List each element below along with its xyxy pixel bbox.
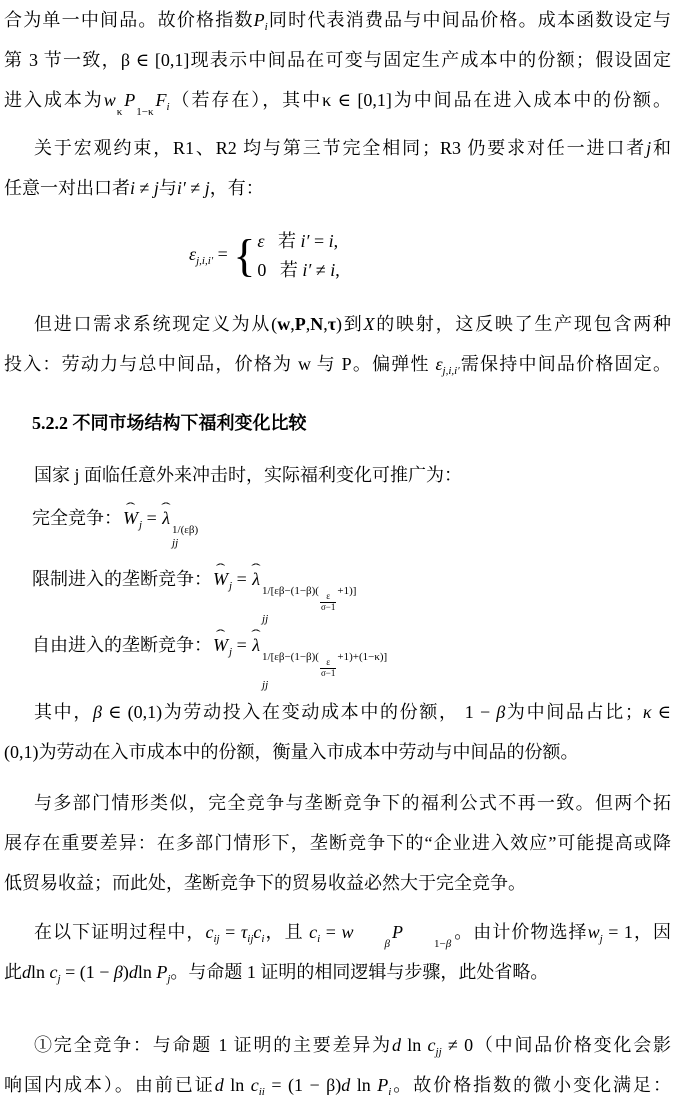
para1-line1: 合为单一中间品。故价格指数Pi同时代表消费品与中间品价格。成本函数设定与 xyxy=(4,0,671,40)
document-page: 合为单一中间品。故价格指数Pi同时代表消费品与中间品价格。成本函数设定与 第 3… xyxy=(0,0,677,1105)
para7-line1: 在以下证明过程中，cij = τijci，且 ci = wβiP1−βi。由计价… xyxy=(4,912,671,952)
paragraph-intro-cost-function: 合为单一中间品。故价格指数Pi同时代表消费品与中间品价格。成本函数设定与 第 3… xyxy=(4,0,671,120)
paragraph-macro-constraints: 关于宏观约束，R1、R2 均与第三节完全相同；R3 仍要求对任一进口者j和 任意… xyxy=(4,128,671,208)
para4-line1: 国家 j 面临任意外来冲击时，实际福利变化可推广为： xyxy=(4,455,671,495)
formula-epsilon-cases-content: εj,i,i′ = {ε 若 i′ = i,0 若 i′ ≠ i, xyxy=(189,231,340,281)
para3-line2: 投入：劳动力与总中间品，价格为 w 与 P。偏弹性 εj,i,i′需保持中间品价… xyxy=(4,344,671,384)
para5-line1: 其中，β ∈ (0,1)为劳动投入在变动成本中的份额， 1 − β为中间品占比；… xyxy=(4,692,671,732)
formula-restricted-entry-content: 限制进入的垄断竞争：ˆWj = ˆλ1/[εβ−(1−β)(εσ−1+1)]jj xyxy=(32,565,358,625)
formula-free-entry-content: 自由进入的垄断竞争：ˆWj = ˆλ1/[εβ−(1−β)(εσ−1+1)+(1… xyxy=(32,631,389,691)
formula-epsilon-cases: εj,i,i′ = {ε 若 i′ = i,0 若 i′ ≠ i, xyxy=(4,208,671,304)
formula-perfect-competition: 完全竞争：ˆWj = ˆλ1/(εβ)jj xyxy=(4,495,671,559)
section-heading-5-2-2: 5.2.2 不同市场结构下福利变化比较 xyxy=(4,403,671,443)
para1-line2: 第 3 节一致，β ∈ [0,1]现表示中间品在可变与固定生产成本中的份额；假设… xyxy=(4,40,671,80)
paragraph-parameter-definitions: 其中，β ∈ (0,1)为劳动投入在变动成本中的份额， 1 − β为中间品占比；… xyxy=(4,692,671,772)
para1-line3: 进入成本为wκiP1−κiFi（若存在），其中κ ∈ [0,1]为中间品在进入成… xyxy=(4,80,671,120)
para3-line1: 但进口需求系统现定义为从(w,P,N,τ)到X的映射，这反映了生产现包含两种 xyxy=(4,304,671,344)
para6-line2: 展存在重要差异：在多部门情形下，垄断竞争下的“企业进入效应”可能提高或降 xyxy=(4,823,671,863)
formula-restricted-entry-monopolistic: 限制进入的垄断竞争：ˆWj = ˆλ1/[εβ−(1−β)(εσ−1+1)]jj xyxy=(4,565,671,625)
paragraph-import-demand-system: 但进口需求系统现定义为从(w,P,N,τ)到X的映射，这反映了生产现包含两种 投… xyxy=(4,304,671,384)
para6-line1: 与多部门情形类似，完全竞争与垄断竞争下的福利公式不再一致。但两个拓 xyxy=(4,783,671,823)
para2-line1: 关于宏观约束，R1、R2 均与第三节完全相同；R3 仍要求对任一进口者j和 xyxy=(4,128,671,168)
paragraph-multisector-comparison: 与多部门情形类似，完全竞争与垄断竞争下的福利公式不再一致。但两个拓 展存在重要差… xyxy=(4,783,671,903)
para8-line1: ①完全竞争：与命题 1 证明的主要差异为d ln cjj ≠ 0（中间品价格变化… xyxy=(4,1025,671,1065)
para7-line2: 此dln cj = (1 − β)dln Pj。与命题 1 证明的相同逻辑与步骤… xyxy=(4,952,671,992)
formula-perfect-competition-content: 完全竞争：ˆWj = ˆλ1/(εβ)jj xyxy=(32,504,200,549)
formula-free-entry-monopolistic: 自由进入的垄断竞争：ˆWj = ˆλ1/[εβ−(1−β)(εσ−1+1)+(1… xyxy=(4,630,671,692)
paragraph-proof-setup: 在以下证明过程中，cij = τijci，且 ci = wβiP1−βi。由计价… xyxy=(4,912,671,992)
para6-line3: 低贸易收益；而此处，垄断竞争下的贸易收益必然大于完全竞争。 xyxy=(4,863,671,903)
para5-line2: (0,1)为劳动在入市成本中的份额，衡量入市成本中劳动与中间品的份额。 xyxy=(4,732,671,772)
paragraph-welfare-intro: 国家 j 面临任意外来冲击时，实际福利变化可推广为： xyxy=(4,455,671,495)
paragraph-proof-perfect-competition: ①完全竞争：与命题 1 证明的主要差异为d ln cjj ≠ 0（中间品价格变化… xyxy=(4,1025,671,1105)
para8-line2: 响国内成本）。由前已证d ln cii = (1 − β)d ln Pi。故价格… xyxy=(4,1065,671,1105)
para2-line2: 任意一对出口者i ≠ j与i′ ≠ j，有： xyxy=(4,168,671,208)
